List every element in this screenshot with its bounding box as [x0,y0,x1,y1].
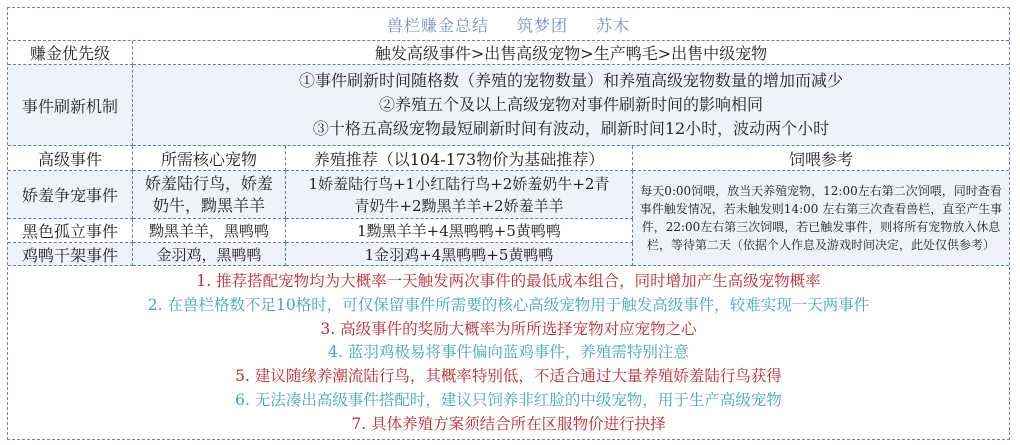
refresh-line-3: ③十格五高级宠物最短刷新时间有波动，刷新时间12小时，波动两个小时 [313,117,829,141]
core-pets: 黝黑羊羊，黑鸭鸭 [133,219,286,243]
event-name: 鸡鸭干架事件 [8,243,133,266]
breeding-recommendation: 1金羽鸡+4黑鸭鸭+5黄鸭鸭 [286,243,633,266]
note-item: 4. 蓝羽鸡极易将事件偏向蓝鸡事件，养殖需特别注意 [328,340,689,362]
title-group: 筑梦团 [517,13,568,36]
note-item: 7. 具体养殖方案须结合所在区服物价进行抉择 [351,412,665,434]
core-pets: 娇羞陆行鸟，娇羞 奶牛，黝黑羊羊 [133,171,286,219]
event-name: 娇羞争宠事件 [8,171,133,219]
recommendation-line-2: 青奶牛+2黝黑羊羊+2娇羞羊羊 [354,195,563,217]
note-item: 1. 推荐搭配宠物均为大概率一天触发两次事件的最低成本组合，同时增加产生高级宠物… [196,269,820,291]
refresh-mechanism: ①事件刷新时间随格数（养殖的宠物数量）和养殖高级宠物数量的增加而减少 ②养殖五个… [133,65,1009,146]
core-pets-line-1: 娇羞陆行鸟，娇羞 [145,173,273,195]
title-main: 兽栏赚金总结 [387,13,489,36]
priority-label: 赚金优先级 [8,41,133,65]
note-item: 2. 在兽栏格数不足10格时，可仅保留事件所需要的核心高级宠物用于触发高级事件，… [148,293,869,315]
refresh-line-2: ②养殖五个及以上高级宠物对事件刷新时间的影响相同 [379,93,763,117]
note-item: 6. 无法凑出高级事件搭配时，建议只饲养非红脸的中级宠物，用于生产高级宠物 [235,388,782,410]
note-item: 5. 建议随缘养潮流陆行鸟，其概率特别低，不适合通过大量养殖娇羞陆行鸟获得 [235,364,782,386]
refresh-line-1: ①事件刷新时间随格数（养殖的宠物数量）和养殖高级宠物数量的增加而减少 [299,69,843,93]
breeding-recommendation: 1娇羞陆行鸟+1小红陆行鸟+2娇羞奶牛+2青 青奶牛+2黝黑羊羊+2娇羞羊羊 [286,171,633,219]
header-event: 高级事件 [8,146,133,171]
title-author: 苏木 [596,13,630,36]
breeding-recommendation: 1黝黑羊羊+4黑鸭鸭+5黄鸭鸭 [286,219,633,243]
summary-sheet: 兽栏赚金总结 筑梦团 苏木 赚金优先级 触发高级事件>出售高级宠物>生产鸭毛>出… [7,7,1010,440]
header-breeding-recommendation: 养殖推荐（以104-173物价为基础推荐） [286,146,633,171]
header-feeding-reference: 饲喂参考 [633,146,1009,171]
core-pets: 金羽鸡，黑鸭鸭 [133,243,286,266]
header-core-pets: 所需核心宠物 [133,146,286,171]
event-name: 黑色孤立事件 [8,219,133,243]
notes-list: 1. 推荐搭配宠物均为大概率一天触发两次事件的最低成本组合，同时增加产生高级宠物… [8,266,1009,439]
note-item: 3. 高级事件的奖励大概率为所所选择宠物对应宠物之心 [320,317,696,339]
recommendation-line-1: 1娇羞陆行鸟+1小红陆行鸟+2娇羞奶牛+2青 [309,173,610,195]
title-row: 兽栏赚金总结 筑梦团 苏木 [8,8,1009,41]
refresh-label: 事件刷新机制 [8,65,133,146]
priority-value: 触发高级事件>出售高级宠物>生产鸭毛>出售中级宠物 [133,41,1009,65]
core-pets-line-2: 奶牛，黝黑羊羊 [153,195,265,217]
feeding-reference: 每天0:00饲喂，放当天养殖宠物，12:00左右第二次饲喂，同时查看事件触发情况… [633,171,1009,266]
